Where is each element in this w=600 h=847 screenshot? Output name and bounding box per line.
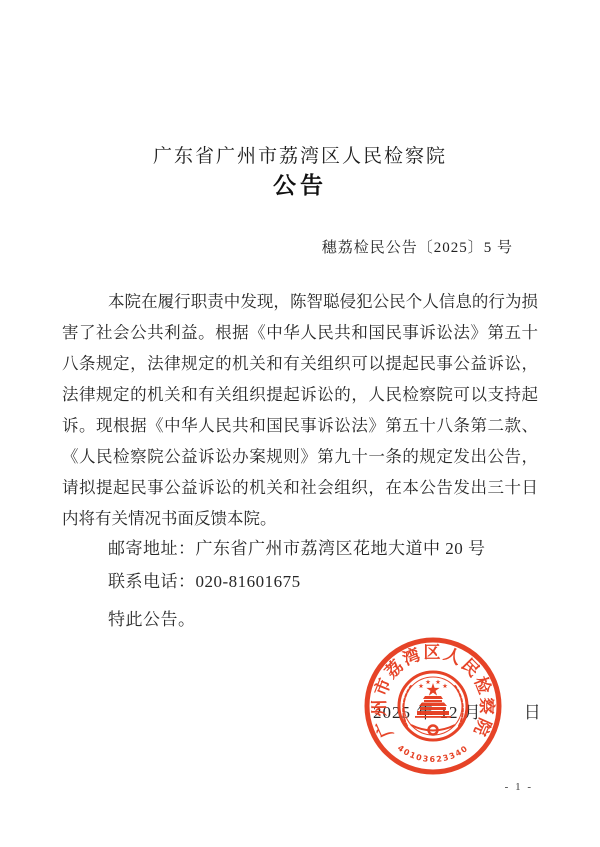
body-line: 本院在履行职责中发现，陈智聪侵犯公民个人信息的行为损 xyxy=(62,286,538,317)
notice-document-page: 广东省广州市荔湾区人民检察院 公告 穗荔检民公告〔2025〕5 号 本院在履行职… xyxy=(0,0,600,847)
small-star-icon xyxy=(419,683,424,688)
notice-body: 本院在履行职责中发现，陈智聪侵犯公民个人信息的行为损 害了社会公共利益。根据《中… xyxy=(62,286,538,534)
body-line: 请拟提起民事公益诉讼的机关和社会组织，在本公告发出三十日 xyxy=(62,472,538,503)
gate-icon xyxy=(415,696,451,718)
body-line: 法律规定的机关和有关组织提起诉讼的，人民检察院可以支持起 xyxy=(62,379,538,410)
small-star-icon xyxy=(436,679,441,684)
issue-date-suffix: 日 xyxy=(524,703,542,722)
body-line: 内将有关情况书面反馈本院。 xyxy=(62,503,538,534)
body-line: 八条规定，法律规定的机关和有关组织可以提起民事公益诉讼， xyxy=(62,348,538,379)
doc-number: 穗荔检民公告〔2025〕5 号 xyxy=(322,236,513,257)
national-emblem-icon xyxy=(399,672,467,740)
phone-line: 联系电话：020-81601675 xyxy=(108,570,301,594)
official-seal: 广州市荔湾区人民检察院 4401036233400 xyxy=(361,634,505,778)
org-name: 广东省广州市荔湾区人民检察院 xyxy=(0,141,600,168)
small-star-icon xyxy=(426,679,431,684)
mail-address-line: 邮寄地址：广东省广州市荔湾区花地大道中 20 号 xyxy=(108,537,486,561)
small-star-icon xyxy=(443,683,448,688)
closing-line: 特此公告。 xyxy=(108,608,196,632)
body-line: 诉。现根据《中华人民共和国民事诉讼法》第五十八条第二款、 xyxy=(62,410,538,441)
official-seal-graphic: 广州市荔湾区人民检察院 4401036233400 xyxy=(361,634,505,778)
body-line: 《人民检察院公益诉讼办案规则》第九十一条的规定发出公告， xyxy=(62,441,538,472)
body-line: 害了社会公共利益。根据《中华人民共和国民事诉讼法》第五十 xyxy=(62,317,538,348)
page-title: 公告 xyxy=(0,167,600,200)
big-star-icon xyxy=(426,683,439,696)
page-number: - 1 - xyxy=(505,781,533,793)
